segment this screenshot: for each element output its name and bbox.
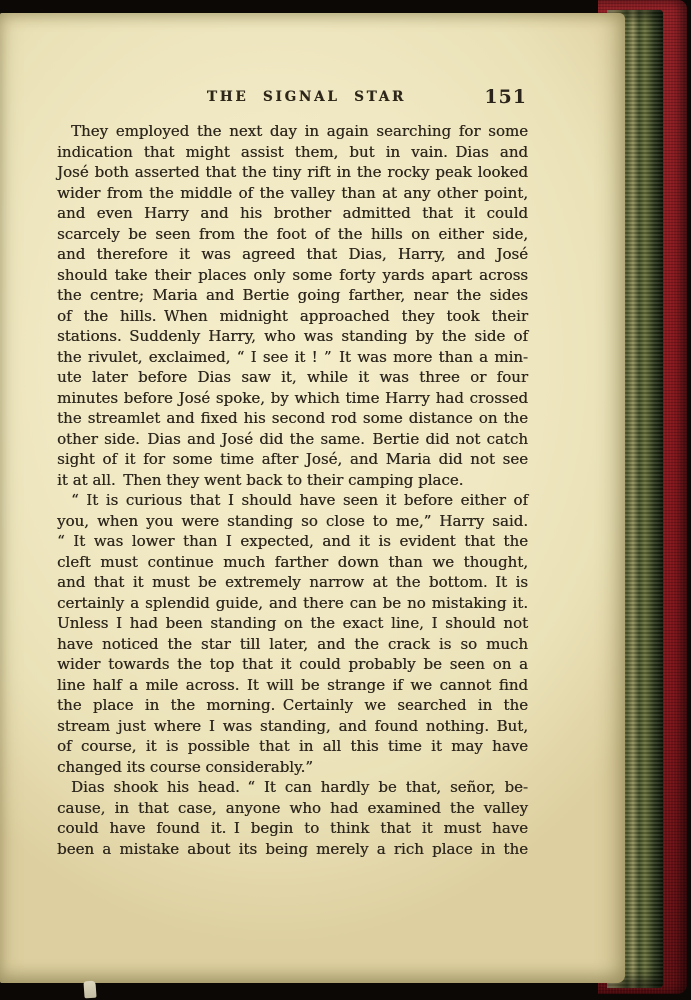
text-line: and that it must be extremely narrow at … — [57, 572, 528, 593]
text-line: minutes before José spoke, by which time… — [57, 388, 528, 409]
text-line: sight of it for some time after José, an… — [57, 449, 528, 470]
text-line: of the hills. When midnight approached t… — [57, 306, 528, 327]
page-content: THE SIGNAL STAR 151 They employed the ne… — [57, 84, 528, 859]
text-line: indication that might assist them, but i… — [57, 142, 528, 163]
text-line: stream just where I was standing, and fo… — [57, 716, 528, 737]
book-scan: THE SIGNAL STAR 151 They employed the ne… — [0, 0, 691, 1000]
text-line: Dias shook his head. “ It can hardly be … — [57, 777, 528, 798]
text-line: José both asserted that the tiny rift in… — [57, 162, 528, 183]
text-line: cleft must continue much farther down th… — [57, 552, 528, 573]
text-line: could have found it. I begin to think th… — [57, 818, 528, 839]
text-line: the place in the morning. Certainly we s… — [57, 695, 528, 716]
text-line: Unless I had been standing on the exact … — [57, 613, 528, 634]
text-line: the streamlet and fixed his second rod s… — [57, 408, 528, 429]
text-line: the rivulet, exclaimed, “ I see it ! ” I… — [57, 347, 528, 368]
page-header: THE SIGNAL STAR 151 — [57, 84, 528, 106]
text-line: certainly a splendid guide, and there ca… — [57, 593, 528, 614]
text-line: wider from the middle of the valley than… — [57, 183, 528, 204]
text-line: the centre; Maria and Bertie going farth… — [57, 285, 528, 306]
text-line: have noticed the star till later, and th… — [57, 634, 528, 655]
text-line: scarcely be seen from the foot of the hi… — [57, 224, 528, 245]
text-line: cause, in that case, anyone who had exam… — [57, 798, 528, 819]
text-line: They employed the next day in again sear… — [57, 121, 528, 142]
text-line: of course, it is possible that in all th… — [57, 736, 528, 757]
book-page: THE SIGNAL STAR 151 They employed the ne… — [0, 13, 625, 983]
paragraph: They employed the next day in again sear… — [57, 121, 528, 490]
page-text: They employed the next day in again sear… — [57, 121, 528, 859]
text-line: it at all. Then they went back to their … — [57, 470, 528, 491]
text-line: and even Harry and his brother admitted … — [57, 203, 528, 224]
text-line: wider towards the top that it could prob… — [57, 654, 528, 675]
text-line: been a mistake about its being merely a … — [57, 839, 528, 860]
page-tab — [83, 981, 96, 999]
text-line: “ It is curious that I should have seen … — [57, 490, 528, 511]
running-title: THE SIGNAL STAR — [71, 89, 542, 105]
text-line: and therefore it was agreed that Dias, H… — [57, 244, 528, 265]
text-line: should take their places only some forty… — [57, 265, 528, 286]
paragraph: Dias shook his head. “ It can hardly be … — [57, 777, 528, 859]
text-line: stations. Suddenly Harry, who was standi… — [57, 326, 528, 347]
text-line: other side. Dias and José did the same. … — [57, 429, 528, 450]
text-line: you, when you were standing so close to … — [57, 511, 528, 532]
text-line: changed its course considerably.” — [57, 757, 528, 778]
text-line: “ It was lower than I expected, and it i… — [57, 531, 528, 552]
page-number: 151 — [484, 86, 527, 108]
text-line: ute later before Dias saw it, while it w… — [57, 367, 528, 388]
paragraph: “ It is curious that I should have seen … — [57, 490, 528, 777]
text-line: line half a mile across. It will be stra… — [57, 675, 528, 696]
